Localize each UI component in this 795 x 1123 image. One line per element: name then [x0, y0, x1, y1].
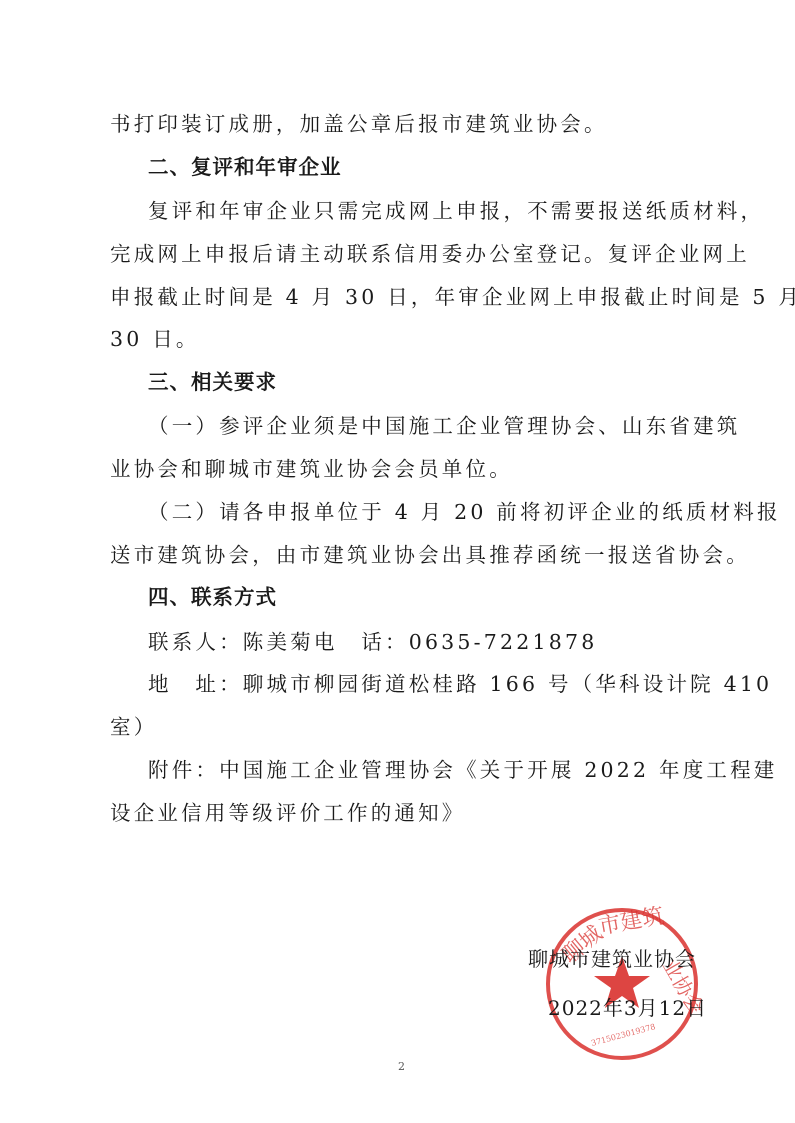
signature-org: 聊城市建筑业协会	[528, 947, 696, 971]
body-line: 书打印装订成册，加盖公章后报市建筑业协会。	[110, 112, 608, 136]
heading-2: 二、复评和年审企业	[148, 155, 342, 179]
body-line: 申报截止时间是 4 月 30 日，年审企业网上申报截止时间是 5 月	[110, 285, 795, 309]
official-seal-icon: 聊城 市建筑 业协会 3715023019378	[542, 904, 702, 1064]
body-line: （一）参评企业须是中国施工企业管理协会、山东省建筑	[148, 414, 741, 438]
address-line: 地 址：聊城市柳园街道松桂路 166 号（华科设计院 410	[148, 672, 772, 696]
body-line: 业协会和聊城市建筑业协会会员单位。	[110, 457, 513, 481]
signature-date: 2022年3月12日	[548, 996, 707, 1020]
body-line: 送市建筑协会，由市建筑业协会出具推荐函统一报送省协会。	[110, 543, 750, 567]
page-number: 2	[398, 1060, 405, 1073]
body-line: （二）请各申报单位于 4 月 20 前将初评企业的纸质材料报	[148, 500, 781, 524]
body-line: 复评和年审企业只需完成网上申报，不需要报送纸质材料，	[148, 199, 764, 223]
heading-3: 三、相关要求	[148, 370, 277, 394]
body-line: 30 日。	[110, 327, 200, 351]
attachment-line: 设企业信用等级评价工作的通知》	[110, 801, 466, 825]
address-line: 室）	[110, 715, 157, 739]
svg-text:市建筑: 市建筑	[597, 904, 666, 940]
contact-line: 联系人：陈美菊电 话：0635-7221878	[148, 630, 598, 654]
svg-text:3715023019378: 3715023019378	[590, 1022, 656, 1048]
body-line: 完成网上申报后请主动联系信用委办公室登记。复评企业网上	[110, 242, 750, 266]
heading-4: 四、联系方式	[148, 585, 277, 609]
attachment-line: 附件：中国施工企业管理协会《关于开展 2022 年度工程建	[148, 758, 778, 782]
